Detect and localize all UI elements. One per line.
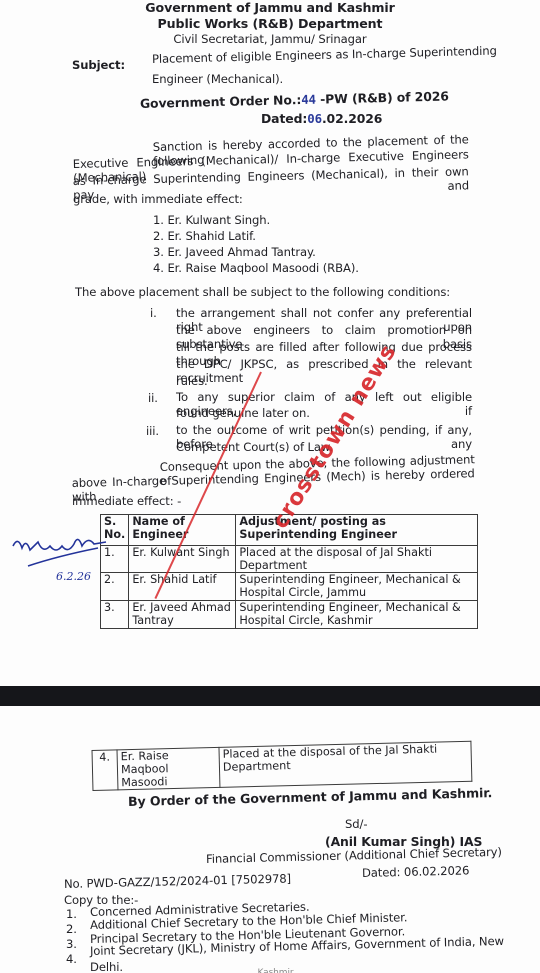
order-date: Dated:06.02.2026: [261, 111, 382, 126]
copy-num: 3.: [66, 937, 77, 951]
engineer-list-item: 3. Er. Javeed Ahmad Tantray.: [153, 245, 316, 259]
page-separator-band: [0, 686, 540, 706]
svg-text:6.2.26: 6.2.26: [56, 570, 91, 583]
cell-name: Er. Shahid Latif: [129, 573, 236, 601]
footer-dated: Dated: 06.02.2026: [362, 863, 470, 880]
table-row: 4. Er. Raise Maqbool Masoodi Placed at t…: [92, 741, 472, 790]
order-date-rest: .02.2026: [322, 111, 382, 126]
copy-item-continued: Delhi.: [90, 960, 123, 973]
header-govt: Government of Jammu and Kashmir: [0, 0, 540, 15]
table-row: 3. Er. Javeed Ahmad Tantray Superintendi…: [101, 601, 478, 629]
condition-num: iii.: [146, 424, 159, 438]
table-row: 1. Er. Kulwant Singh Placed at the dispo…: [101, 546, 478, 573]
cut-off-text: ..Kashmir: [252, 968, 293, 973]
order-date-handwritten: 06: [307, 111, 322, 126]
condition-num: i.: [150, 306, 157, 320]
copy-num: 1.: [66, 907, 77, 921]
subject-label: Subject:: [72, 58, 125, 72]
conditions-intro: The above placement shall be subject to …: [75, 285, 450, 299]
cell-name: Er. Javeed Ahmad Tantray: [129, 601, 236, 629]
engineer-list-item: 1. Er. Kulwant Singh.: [153, 213, 270, 227]
cell-name: Er. Raise Maqbool Masoodi: [117, 747, 220, 789]
cell-posting: Superintending Engineer, Mechanical & Ho…: [236, 601, 478, 629]
cell-sno: 3.: [101, 601, 129, 629]
condition-num: ii.: [148, 391, 158, 405]
engineer-list-item: 4. Er. Raise Maqbool Masoodi (RBA).: [153, 261, 359, 275]
header-dept: Public Works (R&B) Department: [0, 16, 540, 31]
cell-posting: Superintending Engineer, Mechanical & Ho…: [236, 573, 478, 601]
sanction-line-4: grade, with immediate effect:: [73, 192, 243, 206]
cell-posting: Placed at the disposal of the Jal Shakti…: [219, 741, 472, 787]
order-date-label: Dated:: [261, 111, 307, 126]
adjustment-line-3: immediate effect: -: [72, 494, 181, 508]
condition-1-line: rules.: [176, 374, 208, 388]
subject-line-2: Engineer (Mechanical).: [152, 72, 283, 86]
cell-sno: 4.: [92, 750, 118, 791]
sd-mark: Sd/-: [345, 817, 367, 831]
cell-name: Er. Kulwant Singh: [129, 546, 236, 573]
condition-1-line: the DPC/ JKPSC, as prescribed in the rel…: [176, 357, 472, 385]
copy-num: 4.: [66, 952, 77, 966]
engineer-list-item: 2. Er. Shahid Latif.: [153, 229, 256, 243]
handwritten-signature: 6.2.26: [8, 528, 108, 588]
order-number-handwritten: 44: [301, 92, 316, 107]
cell-posting: Placed at the disposal of Jal Shakti Dep…: [236, 546, 478, 573]
copy-num: 2.: [66, 922, 77, 936]
